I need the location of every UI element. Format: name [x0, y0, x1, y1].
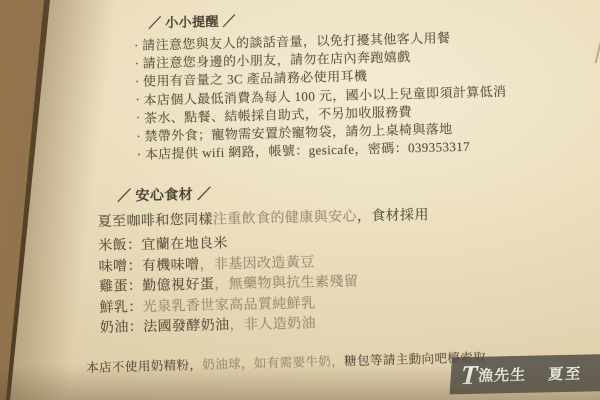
ingredients-header: ／ 安心食材 ／ [97, 179, 429, 206]
ingredient-list: 米飯：宜蘭在地良米味噌：有機味噌，非基因改造黃豆雞蛋：勤億視好蛋，無藥物與抗生素… [98, 230, 431, 340]
footer-note: 本店不使用奶精粉，奶油球，如有需要牛奶，糖包等請主動向吧檯索取 [86, 348, 486, 376]
text-segment: 米飯：宜蘭在地良米 [98, 236, 228, 254]
text-segment: 光泉乳香世家高品質純鮮乳 [143, 296, 316, 315]
text-segment: 味噌：有機味噌 [99, 257, 200, 274]
watermark-logo-icon: T [460, 362, 478, 389]
bullet-dot: ・ [134, 131, 144, 141]
menu-photo: ／ 小小提醒 ／ ・請注意您與友人的談話音量，以免打擾其他客人用餐・請注意您身邊… [0, 0, 600, 400]
photographer-watermark: T 漁先生 夏至 [450, 354, 600, 394]
text-segment: ，非基因改造黃豆 [199, 255, 314, 272]
text-segment: 本店不使用奶精粉， [86, 358, 202, 375]
text-segment: ，無藥物與抗生素殘留 [214, 275, 358, 293]
bullet-dot: ・ [133, 113, 143, 123]
bullet-dot: ・ [132, 58, 142, 68]
bullet-dot: ・ [133, 77, 143, 87]
text-segment: 夏至咖啡和您同樣 [98, 213, 213, 230]
bullet-dot: ・ [133, 95, 143, 105]
text-segment: 雞蛋：勤億視好蛋 [99, 278, 214, 295]
reminder-list: ・請注意您與友人的談話音量，以免打擾其他客人用餐・請注意您身邊的小朋友，請勿在店… [132, 28, 508, 165]
bullet-dot: ・ [132, 40, 142, 50]
text-segment: 鮮乳： [99, 300, 143, 316]
reminders-section: ／ 小小提醒 ／ ・請注意您與友人的談話音量，以免打擾其他客人用餐・請注意您身邊… [131, 4, 508, 165]
reminders-header: ／ 小小提醒 ／ [131, 4, 505, 32]
ingredients-intro: 夏至咖啡和您同樣注重飲食的健康與安心，食材採用 [98, 206, 430, 233]
text-segment: 注重飲食的健康與安心 [213, 210, 357, 228]
text-segment: 奶油球，如有需要牛奶， [202, 354, 344, 372]
page-corner-crease [594, 0, 600, 63]
watermark-store-name: 夏至 [548, 363, 583, 385]
watermark-name: 漁先生 [478, 364, 527, 386]
text-segment: ，非人造奶油 [229, 317, 316, 334]
text-segment: ，食材採用 [357, 208, 429, 225]
bullet-dot: ・ [134, 149, 144, 159]
text-segment: 奶油：法國發酵奶油 [100, 319, 230, 337]
ingredients-section: ／ 安心食材 ／ 夏至咖啡和您同樣注重飲食的健康與安心，食材採用 米飯：宜蘭在地… [97, 179, 431, 340]
